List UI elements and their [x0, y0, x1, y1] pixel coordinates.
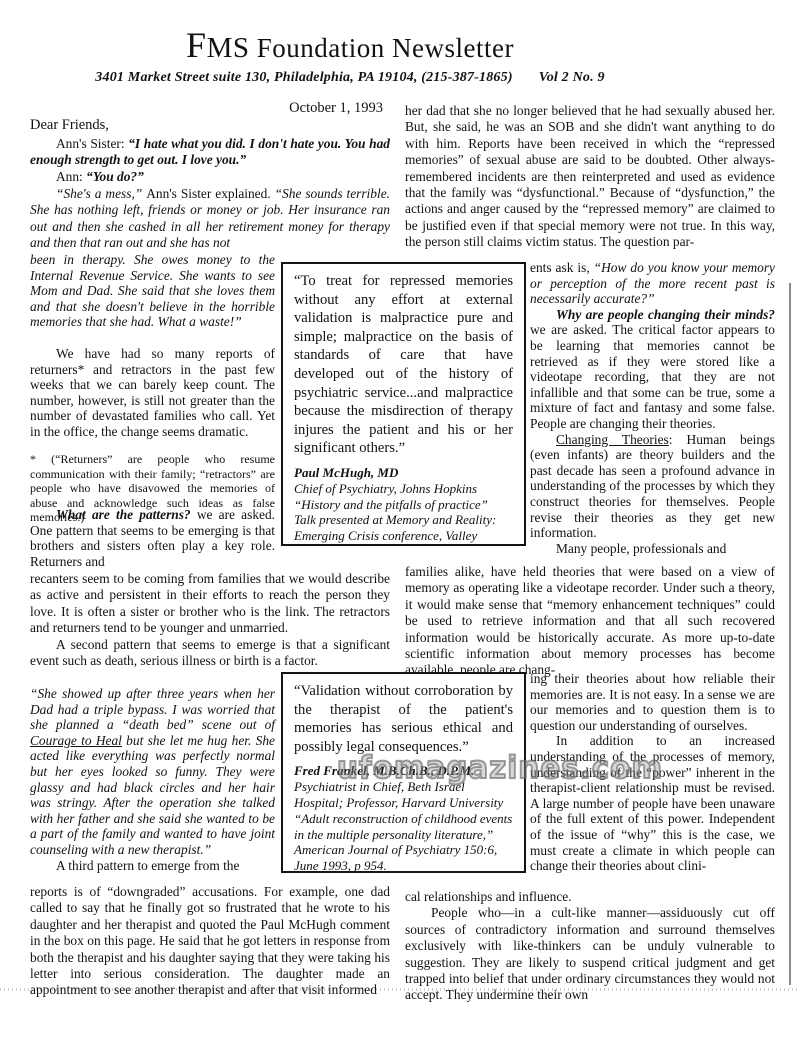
- issue-number: Vol 2 No. 9: [539, 70, 605, 85]
- quote-box-mchugh: “To treat for repressed memories without…: [281, 262, 526, 546]
- newsletter-page: { "header": { "title_f": "F", "title_ms"…: [0, 0, 800, 1039]
- scan-artifact-vertical-line: [789, 283, 791, 985]
- text-segment-left-3: been in therapy. She owes money to the I…: [30, 252, 275, 330]
- title-text: Foundation Newsletter: [249, 33, 513, 63]
- text-segment-left-4: We have had so many reports of returners…: [30, 346, 275, 440]
- watermark: ufomagazines.com: [337, 750, 663, 786]
- newsletter-title: FMS Foundation Newsletter: [0, 24, 700, 66]
- text-segment-left-9: reports is of “downgraded” accusations. …: [30, 884, 390, 999]
- address-line: 3401 Market Street suite 130, Philadelph…: [0, 70, 700, 86]
- scan-artifact-noise-band: [0, 988, 800, 991]
- text-segment-right-5: cal relationships and influence.People w…: [405, 889, 775, 1004]
- mchugh-quote: “To treat for repressed memories without…: [294, 272, 513, 458]
- address-text: 3401 Market Street suite 130, Philadelph…: [95, 70, 512, 85]
- text-segment-left-6: What are the patterns? we are asked. One…: [30, 507, 275, 569]
- text-segment-left-2: “She's a mess,” Ann's Sister explained. …: [30, 186, 390, 252]
- title-logo-f: F: [186, 25, 207, 65]
- newsletter-header: FMS Foundation Newsletter 3401 Market St…: [0, 24, 700, 86]
- text-segment-left-7: recanters seem to be coming from familie…: [30, 571, 390, 669]
- date-line: October 1, 1993: [30, 100, 383, 117]
- text-segment-left-1: Ann's Sister: “I hate what you did. I do…: [30, 136, 390, 185]
- frankel-quote: “Validation without corroboration by the…: [294, 682, 513, 756]
- salutation: Dear Friends,: [30, 117, 109, 134]
- title-logo-ms: MS: [207, 32, 250, 64]
- text-segment-right-1: her dad that she no longer believed that…: [405, 103, 775, 251]
- mchugh-attribution: Paul McHugh, MDChief of Psychiatry, John…: [294, 465, 513, 546]
- text-segment-left-8: “She showed up after three years when he…: [30, 686, 275, 873]
- text-segment-right-2: ents ask is, “How do you know your memor…: [530, 260, 775, 556]
- text-segment-right-3: families alike, have held theories that …: [405, 564, 775, 679]
